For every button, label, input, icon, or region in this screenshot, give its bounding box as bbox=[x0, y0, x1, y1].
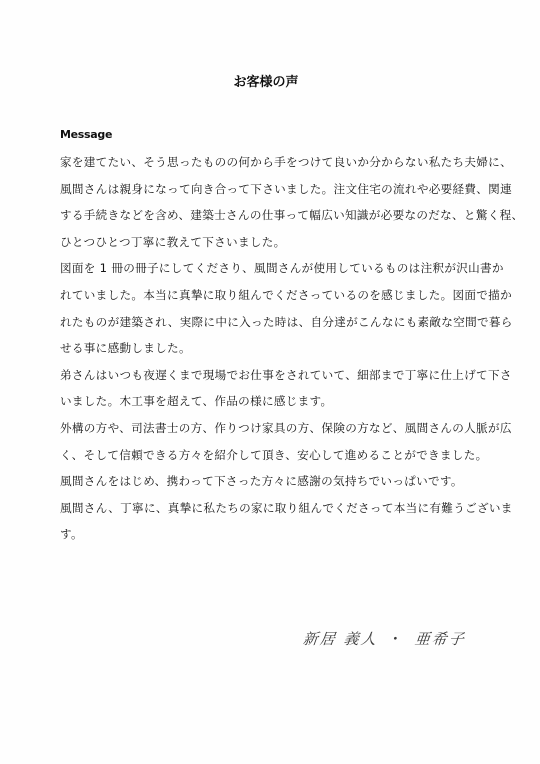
message-body: 家を建てたい、そう思ったものの何から手をつけて良いか分からない私たち夫婦に、 風… bbox=[60, 153, 480, 552]
body-line: いました。木工事を超えて、作品の様に感じます。 bbox=[60, 392, 480, 419]
message-heading: Message bbox=[60, 128, 112, 141]
body-line: れていました。本当に真摯に取り組んでくださっているのを感じました。図面で描か bbox=[60, 286, 480, 313]
body-line: 外構の方や、司法書士の方、作りつけ家具の方、保険の方など、風間さんの人脈が広 bbox=[60, 419, 480, 446]
body-line: す。 bbox=[60, 525, 480, 552]
signature-separator: ・ bbox=[387, 630, 406, 648]
body-line: する手続きなどを含め、建築士さんの仕事って幅広い知識が必要なのだな、と驚く程、 bbox=[60, 206, 480, 233]
handwritten-signature: 新居 義人・亜希子 bbox=[302, 628, 467, 649]
page-title: お客様の声 bbox=[0, 71, 532, 90]
body-line: 家を建てたい、そう思ったものの何から手をつけて良いか分からない私たち夫婦に、 bbox=[60, 153, 480, 180]
body-line: 弟さんはいつも夜遅くまで現場でお仕事をされていて、細部まで丁寧に仕上げて下さ bbox=[60, 366, 480, 393]
document-page: お客様の声 Message 家を建てたい、そう思ったものの何から手をつけて良いか… bbox=[0, 0, 540, 764]
body-line: 風間さんをはじめ、携わって下さった方々に感謝の気持ちでいっぱいです。 bbox=[60, 472, 480, 499]
body-line: 風間さん、丁寧に、真摯に私たちの家に取り組んでくださって本当に有難うございま bbox=[60, 499, 480, 526]
body-line: ひとつひとつ丁寧に教えて下さいました。 bbox=[60, 233, 480, 260]
body-line: せる事に感動しました。 bbox=[60, 339, 480, 366]
signature-name-1: 新居 義人 bbox=[302, 630, 379, 648]
signature-name-2: 亜希子 bbox=[414, 630, 467, 648]
body-line: 風間さんは親身になって向き合って下さいました。注文住宅の流れや必要経費、関連 bbox=[60, 180, 480, 207]
body-line: く、そして信頼できる方々を紹介して頂き、安心して進めることができました。 bbox=[60, 446, 480, 473]
body-line: 図面を 1 冊の冊子にしてくださり、風間さんが使用しているものは注釈が沢山書か bbox=[60, 259, 480, 286]
body-line: れたものが建築され、実際に中に入った時は、自分達がこんなにも素敵な空間で暮ら bbox=[60, 313, 480, 340]
